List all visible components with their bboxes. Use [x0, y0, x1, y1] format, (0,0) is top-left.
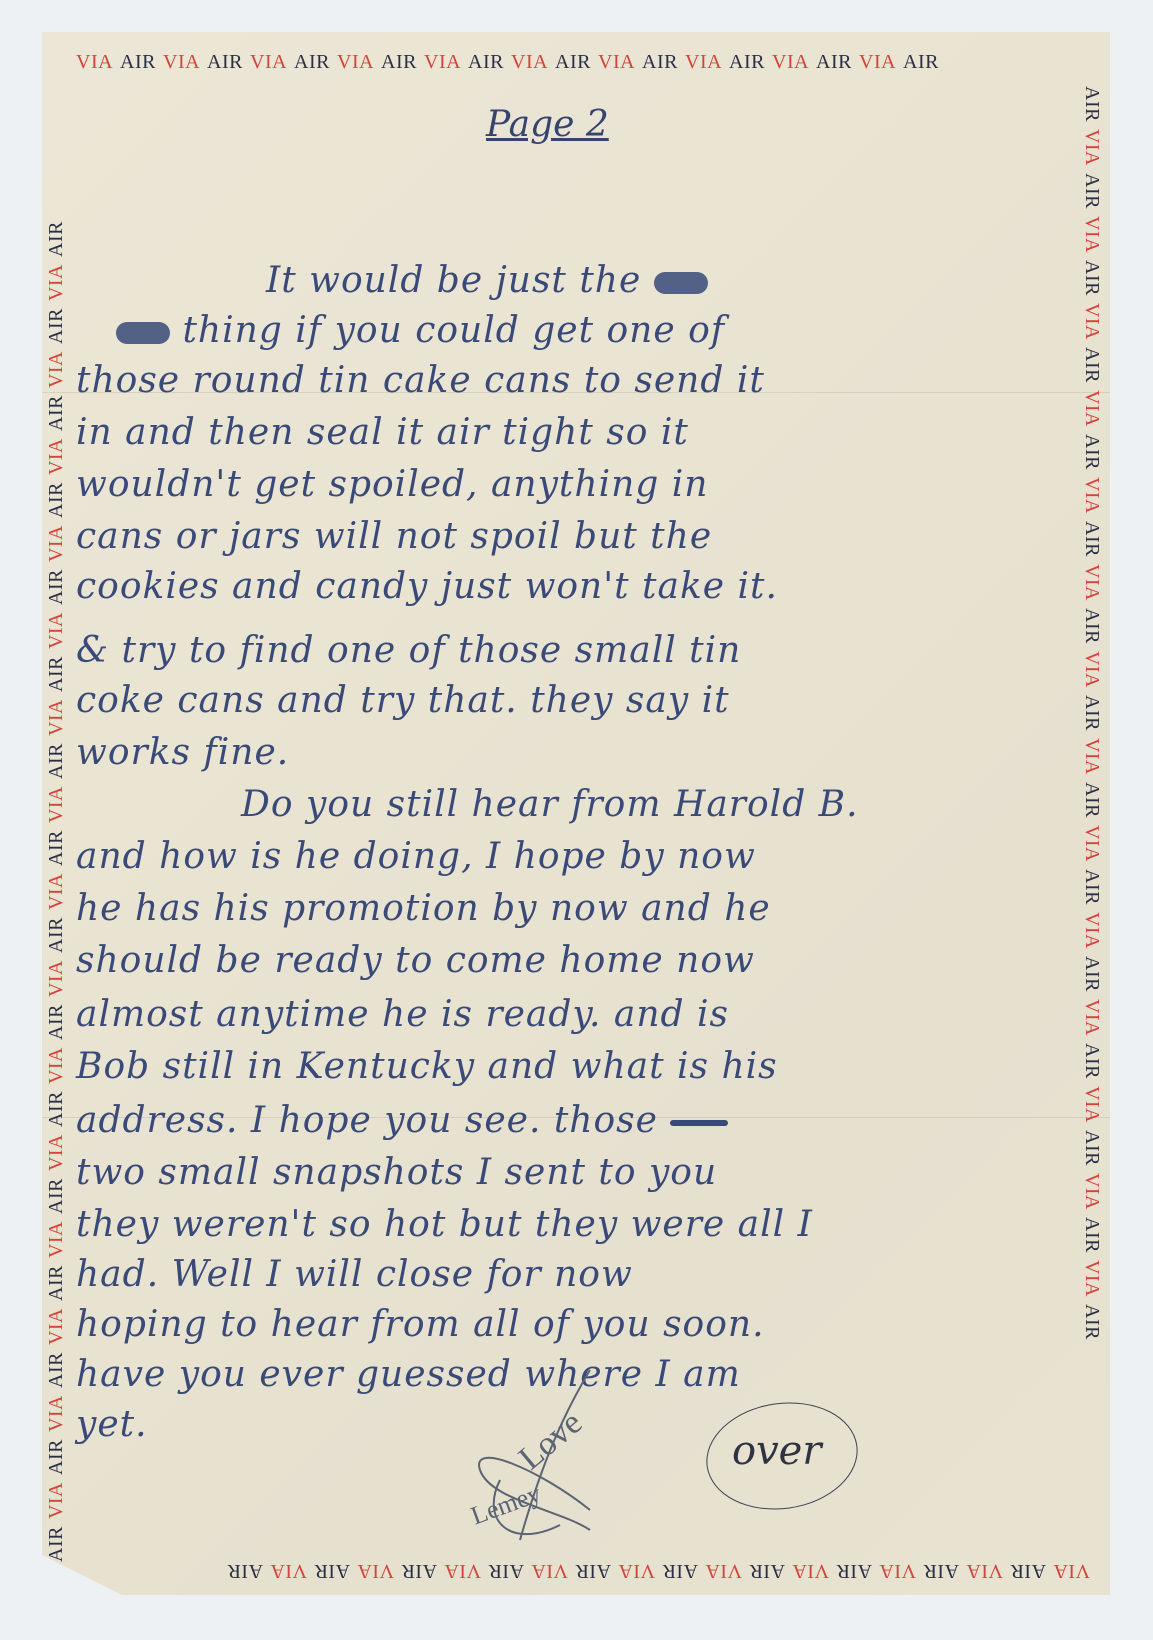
border-word: AIR — [45, 1004, 67, 1040]
border-word: AIR — [816, 51, 852, 73]
border-word: AIR — [1081, 1217, 1103, 1253]
border-word: VIA — [1081, 216, 1103, 253]
letter-line-13: he has his promotion by now and he — [76, 888, 771, 929]
border-word: VIA — [511, 51, 548, 73]
border-word: VIA — [598, 51, 635, 73]
border-word: AIR — [45, 1091, 67, 1127]
border-left: AIRVIAAIRVIAAIRVIAAIRVIAAIRVIAAIRVIAAIRV… — [46, 214, 66, 1562]
border-word: AIR — [45, 395, 67, 431]
letter-line-12: and how is he doing, I hope by now — [76, 836, 756, 877]
letter-line-8: & try to find one of those small tin — [76, 630, 741, 671]
border-word: AIR — [1081, 1130, 1103, 1166]
letter-line-11: Do you still hear from Harold B. — [241, 784, 859, 825]
signature-block: Love Lemey — [440, 1360, 610, 1560]
letter-line-4: in and then seal it air tight so it — [76, 412, 689, 453]
crossed-out-word — [654, 272, 708, 294]
letter-line-1: It would be just the — [266, 260, 708, 301]
border-word: VIA — [1053, 1560, 1090, 1582]
border-word: VIA — [531, 1560, 568, 1582]
border-word: VIA — [1081, 825, 1103, 862]
border-word: VIA — [1081, 477, 1103, 514]
border-word: VIA — [45, 1482, 67, 1519]
border-word: AIR — [45, 221, 67, 257]
border-word: AIR — [1081, 608, 1103, 644]
border-word: AIR — [45, 1526, 67, 1562]
border-word: VIA — [1081, 390, 1103, 427]
letter-line-21: hoping to hear from all of you soon. — [76, 1304, 765, 1345]
border-word: AIR — [45, 569, 67, 605]
border-word: VIA — [1081, 999, 1103, 1036]
border-word: AIR — [662, 1560, 698, 1582]
border-word: VIA — [1081, 1173, 1103, 1210]
letter-line-19: they weren't so hot but they were all I — [76, 1204, 813, 1245]
letter-line-18: two small snapshots I sent to you — [76, 1152, 717, 1193]
letter-line-14: should be ready to come home now — [76, 940, 755, 981]
border-word: VIA — [618, 1560, 655, 1582]
border-top: VIAAIRVIAAIRVIAAIRVIAAIRVIAAIRVIAAIRVIAA… — [76, 52, 946, 72]
border-word: AIR — [729, 51, 765, 73]
border-word: VIA — [45, 525, 67, 562]
border-word: AIR — [1081, 347, 1103, 383]
border-word: AIR — [1010, 1560, 1046, 1582]
border-word: AIR — [488, 1560, 524, 1582]
border-word: VIA — [1081, 129, 1103, 166]
border-word: VIA — [45, 1047, 67, 1084]
crossed-out-word — [670, 1120, 728, 1126]
border-word: AIR — [1081, 521, 1103, 557]
border-word: AIR — [1081, 782, 1103, 818]
letter-line-15: almost anytime he is ready. and is — [76, 994, 729, 1035]
border-word: AIR — [45, 1352, 67, 1388]
border-word: AIR — [1081, 434, 1103, 470]
border-word: AIR — [401, 1560, 437, 1582]
border-word: VIA — [705, 1560, 742, 1582]
border-word: AIR — [45, 1178, 67, 1214]
border-word: AIR — [45, 917, 67, 953]
letter-line-10: works fine. — [76, 732, 289, 773]
letter-line-23: yet. — [76, 1404, 148, 1445]
border-word: AIR — [575, 1560, 611, 1582]
border-word: AIR — [1081, 173, 1103, 209]
border-word: AIR — [1081, 260, 1103, 296]
border-word: VIA — [357, 1560, 394, 1582]
border-word: AIR — [45, 830, 67, 866]
letter-line-6: cans or jars will not spoil but the — [76, 516, 712, 557]
border-bottom: VIAAIRVIAAIRVIAAIRVIAAIRVIAAIRVIAAIRVIAA… — [100, 1561, 1090, 1581]
border-word: AIR — [555, 51, 591, 73]
crossed-out-word — [116, 322, 170, 344]
border-word: VIA — [1081, 912, 1103, 949]
border-word: VIA — [270, 1560, 307, 1582]
page-label: Page 2 — [486, 104, 609, 145]
border-word: AIR — [1081, 86, 1103, 122]
border-word: VIA — [1081, 303, 1103, 340]
border-word: AIR — [1081, 695, 1103, 731]
border-word: AIR — [1081, 1043, 1103, 1079]
border-word: AIR — [836, 1560, 872, 1582]
border-word: VIA — [45, 786, 67, 823]
border-word: VIA — [250, 51, 287, 73]
border-word: AIR — [468, 51, 504, 73]
border-word: VIA — [45, 438, 67, 475]
border-word: AIR — [45, 308, 67, 344]
border-word: VIA — [45, 351, 67, 388]
border-word: VIA — [45, 264, 67, 301]
border-word: VIA — [879, 1560, 916, 1582]
border-word: VIA — [424, 51, 461, 73]
border-word: VIA — [685, 51, 722, 73]
border-word: AIR — [1081, 1304, 1103, 1340]
border-word: VIA — [1081, 564, 1103, 601]
border-word: VIA — [792, 1560, 829, 1582]
border-word: AIR — [207, 51, 243, 73]
border-word: AIR — [45, 482, 67, 518]
border-word: VIA — [444, 1560, 481, 1582]
border-word: VIA — [45, 699, 67, 736]
border-word: AIR — [45, 1439, 67, 1475]
letter-line-20: had. Well I will close for now — [76, 1254, 633, 1295]
border-word: VIA — [45, 1134, 67, 1171]
border-word: VIA — [45, 960, 67, 997]
border-word: AIR — [381, 51, 417, 73]
border-word: VIA — [45, 873, 67, 910]
letter-line-5: wouldn't get spoiled, anything in — [76, 464, 708, 505]
letter-line-16: Bob still in Kentucky and what is his — [76, 1046, 778, 1087]
border-word: AIR — [45, 743, 67, 779]
border-word: AIR — [923, 1560, 959, 1582]
border-word: VIA — [45, 1221, 67, 1258]
border-word: VIA — [45, 1395, 67, 1432]
border-word: AIR — [314, 1560, 350, 1582]
border-word: VIA — [1081, 738, 1103, 775]
border-right: AIRVIAAIRVIAAIRVIAAIRVIAAIRVIAAIRVIAAIRV… — [1082, 86, 1102, 1347]
border-word: VIA — [1081, 651, 1103, 688]
border-word: VIA — [337, 51, 374, 73]
border-word: AIR — [1081, 956, 1103, 992]
border-word: VIA — [45, 1308, 67, 1345]
letter-line-2: thing if you could get one of — [116, 310, 725, 351]
border-word: VIA — [859, 51, 896, 73]
over-note: over — [732, 1428, 821, 1474]
border-word: AIR — [45, 656, 67, 692]
border-word: VIA — [1081, 1086, 1103, 1123]
border-word: VIA — [1081, 1260, 1103, 1297]
border-word: VIA — [76, 51, 113, 73]
border-word: AIR — [294, 51, 330, 73]
border-word: AIR — [642, 51, 678, 73]
border-word: VIA — [772, 51, 809, 73]
border-word: AIR — [749, 1560, 785, 1582]
letter-line-22: have you ever guessed where I am — [76, 1354, 741, 1395]
border-word: AIR — [1081, 869, 1103, 905]
border-word: VIA — [163, 51, 200, 73]
border-word: AIR — [120, 51, 156, 73]
letter-line-9: coke cans and try that. they say it — [76, 680, 730, 721]
border-word: AIR — [903, 51, 939, 73]
letter-line-17: address. I hope you see. those — [76, 1100, 728, 1141]
border-word: VIA — [45, 612, 67, 649]
border-word: AIR — [227, 1560, 263, 1582]
border-word: VIA — [966, 1560, 1003, 1582]
letter-line-3: those round tin cake cans to send it — [76, 360, 765, 401]
letter-line-7: cookies and candy just won't take it. — [76, 566, 778, 607]
border-word: AIR — [45, 1265, 67, 1301]
